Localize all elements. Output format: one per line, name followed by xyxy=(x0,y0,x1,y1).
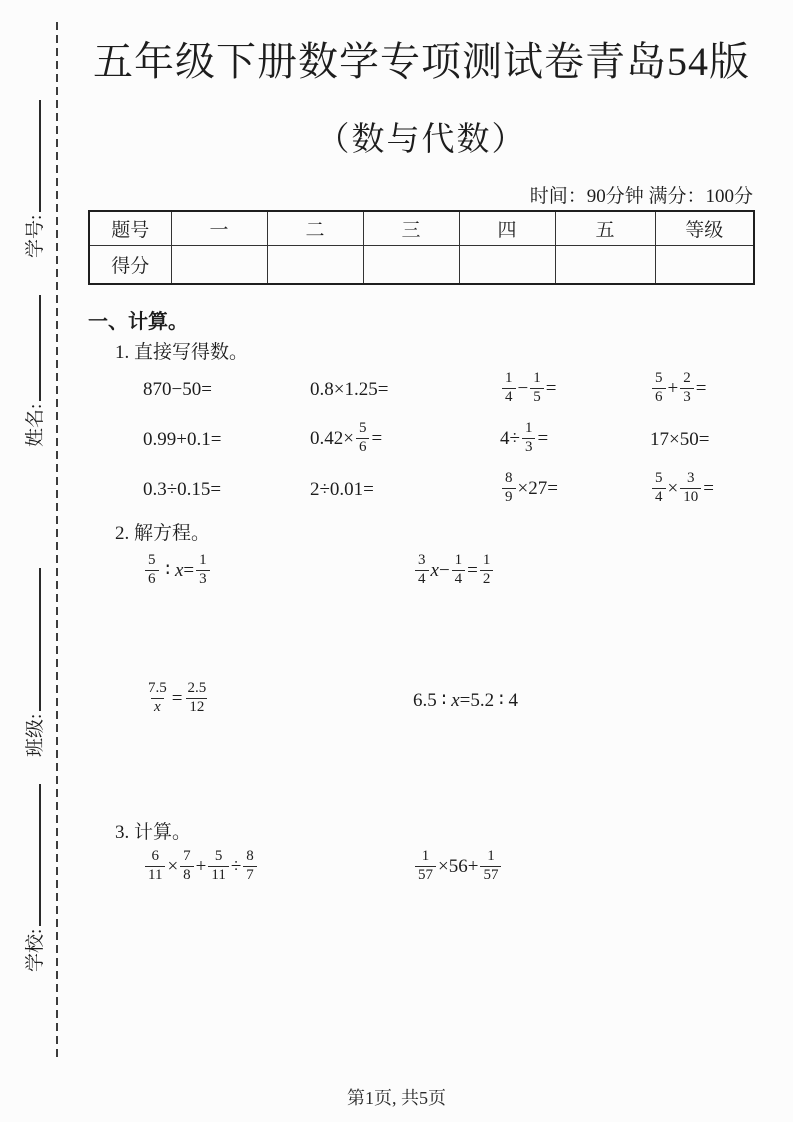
problem-row: 0.3÷0.15=2÷0.01=89×27=54×310= xyxy=(88,465,755,515)
fraction-numerator: 7 xyxy=(180,848,194,865)
math-token: + xyxy=(196,856,207,877)
subsection-label: 1. 直接写得数。 xyxy=(88,340,755,365)
math-token: ∶ xyxy=(161,560,175,581)
score-table-cell xyxy=(655,246,754,285)
score-table: 题号 一 二 三 四 五 等级 得分 xyxy=(88,210,755,285)
fraction-denominator: 4 xyxy=(452,570,466,588)
fraction-numerator: 2.5 xyxy=(184,680,209,697)
fraction-denominator: 12 xyxy=(186,698,207,716)
fraction-denominator: 11 xyxy=(145,866,165,884)
math-expression: 17×50= xyxy=(650,429,755,451)
fraction: 54 xyxy=(652,470,666,506)
fraction-numerator: 3 xyxy=(684,470,698,487)
math-token: 2÷0.01= xyxy=(310,479,374,500)
fraction-denominator: 4 xyxy=(652,488,666,506)
math-expression: 14−15= xyxy=(500,372,650,408)
fraction-denominator: 9 xyxy=(502,488,516,506)
section-heading: 一、计算。 xyxy=(88,309,755,335)
fraction: 87 xyxy=(243,848,257,884)
math-expression: 0.3÷0.15= xyxy=(143,479,310,501)
fraction-numerator: 5 xyxy=(356,420,370,437)
score-table-cell: 题号 xyxy=(89,211,171,246)
math-token: = xyxy=(172,688,183,709)
problem-row: 7.5x=2.5126.5 ∶ x=5.2 ∶ 4 xyxy=(88,674,755,726)
math-token: × xyxy=(167,856,178,877)
math-token: 4÷ xyxy=(500,428,520,449)
fraction-denominator: 2 xyxy=(480,570,494,588)
fraction-numerator: 1 xyxy=(419,848,433,865)
page-subtitle: （数与代数） xyxy=(88,118,755,162)
fraction: 511 xyxy=(208,848,228,884)
fraction-denominator: 3 xyxy=(522,438,536,456)
school-field: 学校: xyxy=(13,775,51,972)
score-table-cell: 五 xyxy=(555,211,655,246)
subsection-calculate: 3. 计算。 611×78+511÷87157×56+157 xyxy=(88,820,755,891)
fraction-denominator: 5 xyxy=(530,388,544,406)
fraction: 13 xyxy=(196,552,210,588)
fraction-numerator: 6 xyxy=(148,848,162,865)
problem-rows: 611×78+511÷87157×56+157 xyxy=(88,845,755,891)
math-token: = xyxy=(371,428,382,449)
score-table-cell: 二 xyxy=(267,211,363,246)
fraction: 23 xyxy=(680,370,694,406)
fill-in-blank-line xyxy=(13,295,41,401)
fraction: 78 xyxy=(180,848,194,884)
fraction-numerator: 1 xyxy=(522,420,536,437)
math-token: − xyxy=(518,378,529,399)
score-table-cell xyxy=(363,246,459,285)
math-token: + xyxy=(668,378,679,399)
fraction: 56 xyxy=(652,370,666,406)
score-table-cell xyxy=(459,246,555,285)
variable: x xyxy=(431,560,439,581)
fraction-numerator: 1 xyxy=(530,370,544,387)
fraction: 14 xyxy=(502,370,516,406)
math-expression: 0.42×56= xyxy=(310,422,500,458)
fraction-numerator: 1 xyxy=(452,552,466,569)
fraction-numerator: 8 xyxy=(502,470,516,487)
dashed-cut-line xyxy=(56,22,58,1060)
fraction-denominator: 3 xyxy=(196,570,210,588)
math-expression: 611×78+511÷87 xyxy=(143,850,413,886)
fraction: 14 xyxy=(452,552,466,588)
fraction: 34 xyxy=(415,552,429,588)
subsection-label: 3. 计算。 xyxy=(88,820,755,845)
subsection-direct-calculation: 1. 直接写得数。 870−50=0.8×1.25=14−15=56+23=0.… xyxy=(88,340,755,515)
fraction-numerator: 1 xyxy=(502,370,516,387)
fraction-numerator: 1 xyxy=(484,848,498,865)
fraction-numerator: 3 xyxy=(415,552,429,569)
problem-row: 870−50=0.8×1.25=14−15=56+23= xyxy=(88,365,755,415)
fraction-numerator: 1 xyxy=(480,552,494,569)
math-expression: 157×56+157 xyxy=(413,850,755,886)
fill-in-blank-line xyxy=(13,568,41,711)
fraction-denominator: 57 xyxy=(480,866,501,884)
math-expression: 2÷0.01= xyxy=(310,479,500,501)
fraction-denominator: 7 xyxy=(243,866,257,884)
fraction-denominator: 6 xyxy=(356,438,370,456)
math-token: ×27= xyxy=(518,478,558,499)
math-token: = xyxy=(467,560,478,581)
math-expression: 0.8×1.25= xyxy=(310,379,500,401)
fraction: 13 xyxy=(522,420,536,456)
page-title: 五年级下册数学专项测试卷青岛54版 xyxy=(88,34,755,90)
fraction: 89 xyxy=(502,470,516,506)
fraction: 157 xyxy=(480,848,501,884)
main-column: 五年级下册数学专项测试卷青岛54版 （数与代数） 时间：90分钟 满分：100分… xyxy=(88,0,755,891)
problem-rows: 870−50=0.8×1.25=14−15=56+23=0.99+0.1=0.4… xyxy=(88,365,755,515)
class-label: 班级: xyxy=(25,714,46,757)
fraction: 15 xyxy=(530,370,544,406)
fraction-denominator: 3 xyxy=(680,388,694,406)
student-id-field: 学号: xyxy=(13,83,51,258)
fraction-denominator: 10 xyxy=(680,488,701,506)
problem-row: 0.99+0.1=0.42×56=4÷13=17×50= xyxy=(88,415,755,465)
score-table-cell xyxy=(555,246,655,285)
math-expression: 89×27= xyxy=(500,472,650,508)
math-token: ÷ xyxy=(231,856,241,877)
problem-row: 56 ∶ x=1334x−14=12 xyxy=(88,546,755,598)
math-token: = xyxy=(696,378,707,399)
math-token: =5.2 ∶ 4 xyxy=(460,690,518,711)
subsection-solve-equations: 2. 解方程。 56 ∶ x=1334x−14=127.5x=2.5126.5 … xyxy=(88,521,755,726)
math-expression: 4÷13= xyxy=(500,422,650,458)
fraction-numerator: 5 xyxy=(652,470,666,487)
math-token: × xyxy=(668,478,679,499)
score-table-cell: 一 xyxy=(171,211,267,246)
math-token: = xyxy=(537,428,548,449)
math-token: 6.5 ∶ xyxy=(413,690,451,711)
score-table-cell: 四 xyxy=(459,211,555,246)
fraction: 157 xyxy=(415,848,436,884)
math-token: 0.42× xyxy=(310,428,354,449)
time-and-score-info: 时间：90分钟 满分：100分 xyxy=(88,186,755,208)
score-table-header-row: 题号 一 二 三 四 五 等级 xyxy=(89,211,754,246)
problem-rows: 56 ∶ x=1334x−14=127.5x=2.5126.5 ∶ x=5.2 … xyxy=(88,546,755,726)
math-expression: 34x−14=12 xyxy=(413,554,755,590)
fraction-numerator: 5 xyxy=(652,370,666,387)
math-token: 870−50= xyxy=(143,379,212,400)
math-token: 0.8×1.25= xyxy=(310,379,388,400)
class-field: 班级: xyxy=(13,561,51,757)
fraction: 56 xyxy=(356,420,370,456)
math-token: = xyxy=(183,560,194,581)
fraction: 7.5x xyxy=(145,680,170,716)
math-expression: 870−50= xyxy=(143,379,310,401)
math-token: 0.99+0.1= xyxy=(143,429,221,450)
fraction-denominator: 6 xyxy=(652,388,666,406)
fraction-denominator: x xyxy=(151,698,164,716)
fraction: 56 xyxy=(145,552,159,588)
school-label: 学校: xyxy=(25,929,46,972)
fraction-numerator: 7.5 xyxy=(145,680,170,697)
score-table-cell: 等级 xyxy=(655,211,754,246)
fill-in-blank-line xyxy=(13,784,41,926)
math-expression: 6.5 ∶ x=5.2 ∶ 4 xyxy=(413,689,755,712)
math-token: − xyxy=(439,560,450,581)
test-paper-page: { "page": { "title": "五年级下册数学专项测试卷青岛54版"… xyxy=(0,0,793,1122)
math-token: 0.3÷0.15= xyxy=(143,479,221,500)
math-expression: 56 ∶ x=13 xyxy=(143,554,413,590)
math-expression: 0.99+0.1= xyxy=(143,429,310,451)
math-expression: 54×310= xyxy=(650,472,755,508)
subsection-label: 2. 解方程。 xyxy=(88,521,755,546)
fraction: 12 xyxy=(480,552,494,588)
fraction-denominator: 57 xyxy=(415,866,436,884)
fraction: 310 xyxy=(680,470,701,506)
fill-in-blank-line xyxy=(13,100,41,212)
math-token: ×56+ xyxy=(438,856,478,877)
math-token: 17×50= xyxy=(650,429,709,450)
student-name-field: 姓名: xyxy=(13,283,51,447)
math-token: = xyxy=(703,478,714,499)
fraction-denominator: 8 xyxy=(180,866,194,884)
math-expression: 7.5x=2.512 xyxy=(143,682,413,718)
score-table-cell: 得分 xyxy=(89,246,171,285)
fraction-numerator: 1 xyxy=(196,552,210,569)
student-id-label: 学号: xyxy=(25,215,46,258)
score-table-cell xyxy=(267,246,363,285)
page-number: 第1页, 共5页 xyxy=(0,1084,793,1110)
fraction-denominator: 4 xyxy=(502,388,516,406)
fraction-numerator: 2 xyxy=(680,370,694,387)
fraction-numerator: 8 xyxy=(243,848,257,865)
fraction-denominator: 6 xyxy=(145,570,159,588)
student-name-label: 姓名: xyxy=(25,404,46,447)
math-token: = xyxy=(546,378,557,399)
variable: x xyxy=(451,690,459,711)
math-expression: 56+23= xyxy=(650,372,755,408)
fraction-denominator: 11 xyxy=(208,866,228,884)
score-table-cell xyxy=(171,246,267,285)
fraction: 2.512 xyxy=(184,680,209,716)
score-table-score-row: 得分 xyxy=(89,246,754,285)
problem-row: 611×78+511÷87157×56+157 xyxy=(88,845,755,891)
fraction-numerator: 5 xyxy=(145,552,159,569)
fraction-denominator: 4 xyxy=(415,570,429,588)
score-table-cell: 三 xyxy=(363,211,459,246)
fraction-numerator: 5 xyxy=(212,848,226,865)
fraction: 611 xyxy=(145,848,165,884)
